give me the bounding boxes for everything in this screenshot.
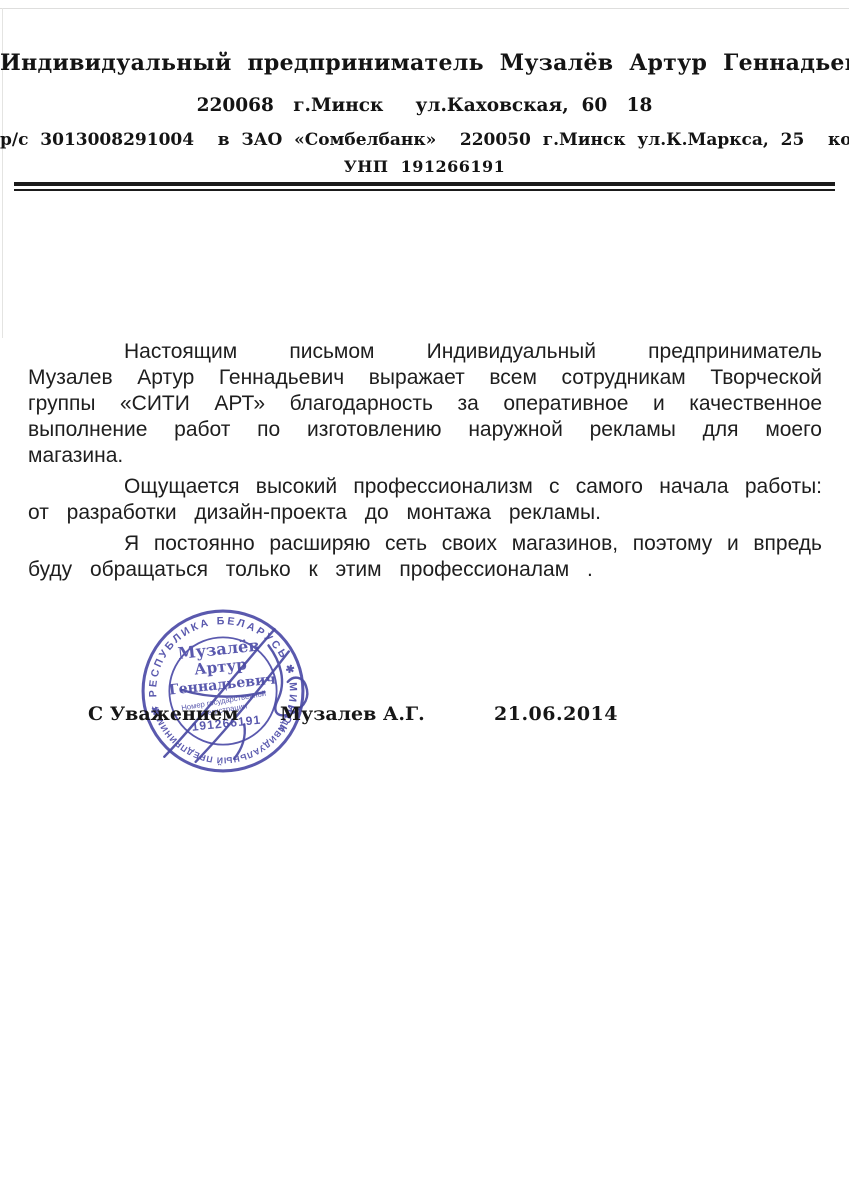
signature-date: 21.06.2014 — [494, 703, 618, 725]
stamp-seal: ✱ РЕСПУБЛИКА БЕЛАРУСЬ ✱ МИНСК ИНДИВИДУАЛ… — [137, 605, 309, 777]
signature-name: Музалев А.Г. — [280, 703, 425, 725]
body-line: Я постоянно расширяю сеть своих магазино… — [28, 531, 822, 557]
body-line: выполнение работ по изготовлению наружно… — [28, 417, 822, 443]
body-line: группы «СИТИ АРТ» благодарность за опера… — [28, 391, 822, 417]
paragraph-professionalism: Ощущается высокий профессионализм с само… — [28, 474, 822, 526]
paragraph-thanks: Настоящим письмом Индивидуальный предпри… — [28, 339, 822, 469]
body-line: магазина. — [28, 443, 822, 469]
body-line: Настоящим письмом Индивидуальный предпри… — [28, 339, 822, 365]
body-line: от разработки дизайн-проекта до монтажа … — [28, 500, 822, 526]
paragraph-future: Я постоянно расширяю сеть своих магазино… — [28, 531, 822, 583]
signature-closing: С Уважением — [88, 703, 239, 725]
letterhead-entrepreneur-name: Индивидуальный предприниматель Музалёв А… — [0, 50, 849, 76]
letterhead-unp-number: УНП 191266191 — [0, 157, 849, 176]
letterhead-bank-details: р/с 3013008291004 в ЗАО «Сомбелбанк» 220… — [0, 130, 849, 150]
body-line: Ощущается высокий профессионализм с само… — [28, 474, 822, 500]
letterhead-double-rule — [14, 182, 835, 191]
scan-edge-top — [0, 8, 849, 9]
body-line: Музалев Артур Геннадьевич выражает всем … — [28, 365, 822, 391]
letter-body: Настоящим письмом Индивидуальный предпри… — [28, 339, 822, 583]
body-line: буду обращаться только к этим профессион… — [28, 557, 822, 583]
scanned-letter-page: Индивидуальный предприниматель Музалёв А… — [0, 0, 849, 1200]
letterhead-address: 220068 г.Минск ул.Каховская, 60 18 — [0, 95, 849, 116]
